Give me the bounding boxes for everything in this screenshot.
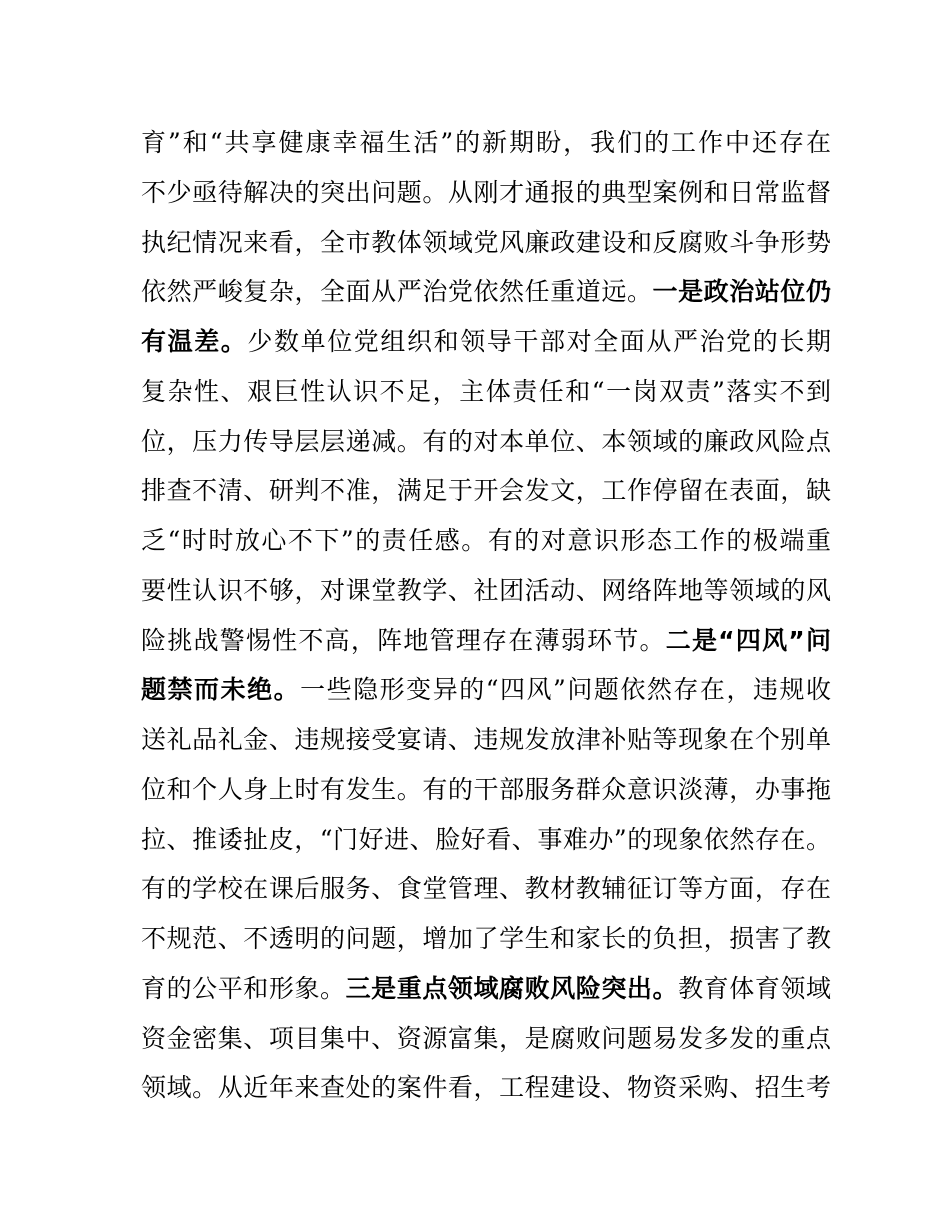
text-run: 教育体育领域 xyxy=(678,974,831,1003)
text-line: 题禁而未绝。一些隐形变异的“四风”问题依然存在，违规收 xyxy=(141,665,831,715)
text-line: 排查不清、研判不准，满足于开会发文，工作停留在表面，缺 xyxy=(141,466,831,516)
heading-run: 有温差。 xyxy=(141,327,247,356)
text-run: 资金密集、项目集中、资源富集，是腐败问题易发多发的重点 xyxy=(141,1024,831,1053)
text-run: 排查不清、研判不准，满足于开会发文，工作停留在表面，缺 xyxy=(141,476,831,505)
text-run: 领域。从近年来查处的案件看，工程建设、物资采购、招生考 xyxy=(141,1073,831,1102)
text-line: 乏“时时放心不下”的责任感。有的对意识形态工作的极端重 xyxy=(141,516,831,566)
text-run: 有的学校在课后服务、食堂管理、教材教辅征订等方面，存在 xyxy=(141,874,831,903)
text-line: 有的学校在课后服务、食堂管理、教材教辅征订等方面，存在 xyxy=(141,864,831,914)
text-run: 位，压力传导层层递减。有的对本单位、本领域的廉政风险点 xyxy=(141,427,831,456)
text-line: 资金密集、项目集中、资源富集，是腐败问题易发多发的重点 xyxy=(141,1014,831,1064)
text-line: 要性认识不够，对课堂教学、社团活动、网络阵地等领域的风 xyxy=(141,566,831,616)
text-line: 育”和“共享健康幸福生活”的新期盼，我们的工作中还存在 xyxy=(141,118,831,168)
text-run: 育”和“共享健康幸福生活”的新期盼，我们的工作中还存在 xyxy=(141,128,831,157)
text-line: 复杂性、艰巨性认识不足，主体责任和“一岗双责”落实不到 xyxy=(141,367,831,417)
text-run: 执纪情况来看，全市教体领域党风廉政建设和反腐败斗争形势 xyxy=(141,228,831,257)
text-line: 依然严峻复杂，全面从严治党依然任重道远。一是政治站位仍 xyxy=(141,267,831,317)
heading-run: 二是“四风”问 xyxy=(666,626,831,655)
text-line: 送礼品礼金、违规接受宴请、违规发放津补贴等现象在个别单 xyxy=(141,715,831,765)
text-line: 育的公平和形象。三是重点领域腐败风险突出。教育体育领域 xyxy=(141,964,831,1014)
heading-run: 题禁而未绝。 xyxy=(141,675,300,704)
text-line: 执纪情况来看，全市教体领域党风廉政建设和反腐败斗争形势 xyxy=(141,218,831,268)
text-line: 领域。从近年来查处的案件看，工程建设、物资采购、招生考 xyxy=(141,1063,831,1113)
text-run: 一些隐形变异的“四风”问题依然存在，违规收 xyxy=(300,675,831,704)
text-run: 拉、推诿扯皮，“门好进、脸好看、事难办”的现象依然存在。 xyxy=(141,825,831,854)
text-run: 不少亟待解决的突出问题。从刚才通报的典型案例和日常监督 xyxy=(141,178,831,207)
text-line: 有温差。少数单位党组织和领导干部对全面从严治党的长期性、 xyxy=(141,317,831,367)
text-line: 位和个人身上时有发生。有的干部服务群众意识淡薄，办事拖 xyxy=(141,765,831,815)
text-run: 不规范、不透明的问题，增加了学生和家长的负担，损害了教 xyxy=(141,924,831,953)
text-run: 复杂性、艰巨性认识不足，主体责任和“一岗双责”落实不到 xyxy=(141,377,831,406)
text-run: 送礼品礼金、违规接受宴请、违规发放津补贴等现象在个别单 xyxy=(141,725,831,754)
document-page: 育”和“共享健康幸福生活”的新期盼，我们的工作中还存在不少亟待解决的突出问题。从… xyxy=(0,0,950,1230)
text-run: 依然严峻复杂，全面从严治党依然任重道远。 xyxy=(141,277,653,306)
heading-run: 三是重点领域腐败风险突出。 xyxy=(346,974,678,1003)
text-run: 险挑战警惕性不高，阵地管理存在薄弱环节。 xyxy=(141,626,666,655)
text-line: 拉、推诿扯皮，“门好进、脸好看、事难办”的现象依然存在。 xyxy=(141,815,831,865)
document-body: 育”和“共享健康幸福生活”的新期盼，我们的工作中还存在不少亟待解决的突出问题。从… xyxy=(141,118,831,1113)
heading-run: 一是政治站位仍 xyxy=(653,277,831,306)
text-run: 位和个人身上时有发生。有的干部服务群众意识淡薄，办事拖 xyxy=(141,775,831,804)
text-line: 不规范、不透明的问题，增加了学生和家长的负担，损害了教 xyxy=(141,914,831,964)
text-run: 要性认识不够，对课堂教学、社团活动、网络阵地等领域的风 xyxy=(141,576,831,605)
text-line: 险挑战警惕性不高，阵地管理存在薄弱环节。二是“四风”问 xyxy=(141,616,831,666)
text-line: 位，压力传导层层递减。有的对本单位、本领域的廉政风险点 xyxy=(141,417,831,467)
text-run: 育的公平和形象。 xyxy=(141,974,346,1003)
text-line: 不少亟待解决的突出问题。从刚才通报的典型案例和日常监督 xyxy=(141,168,831,218)
text-run: 乏“时时放心不下”的责任感。有的对意识形态工作的极端重 xyxy=(141,526,831,555)
